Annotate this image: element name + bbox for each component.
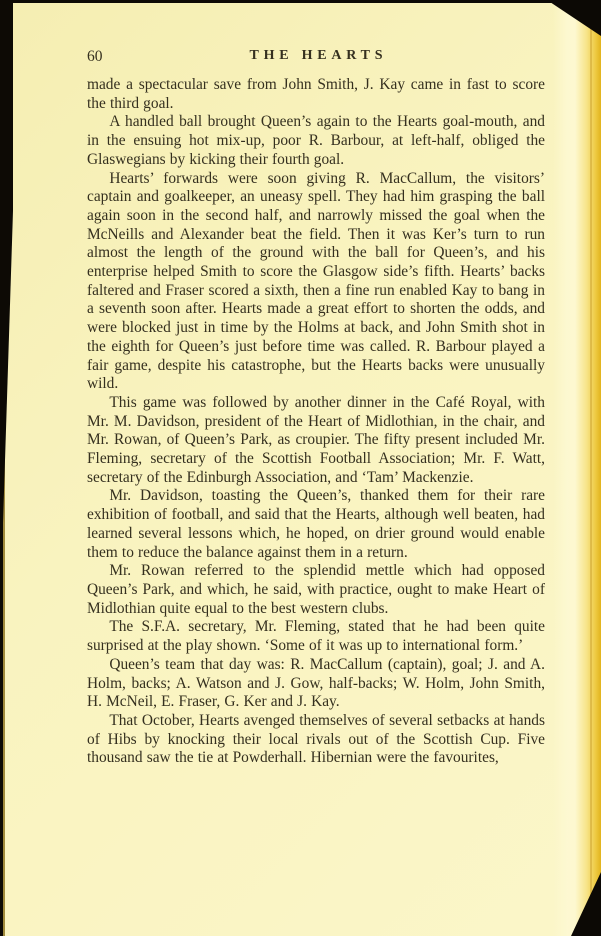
page-header: 60 THE HEARTS [87,48,545,68]
page-number: 60 [87,48,103,66]
paragraph-5: Mr. Davidson, toasting the Queen’s, than… [87,487,545,562]
paragraph-3: Hearts’ forwards were soon giving R. Mac… [87,170,545,394]
paragraph-6: Mr. Rowan referred to the splendid mettl… [87,562,545,618]
paragraph-2: A handled ball brought Queen’s again to … [87,113,545,169]
paragraph-4: This game was followed by another dinner… [87,394,545,488]
paragraph-8: Queen’s team that day was: R. MacCallum … [87,656,545,712]
book-page: 60 THE HEARTS made a spectacular save fr… [3,3,601,936]
paragraph-1: made a spectacular save from John Smith,… [87,76,545,113]
paragraph-7: The S.F.A. secretary, Mr. Fleming, state… [87,618,545,655]
body-text: made a spectacular save from John Smith,… [87,76,545,821]
running-head: THE HEARTS [87,48,545,64]
paragraph-9: That October, Hearts avenged themselves … [87,712,545,768]
fore-edge-highlight [553,3,601,936]
